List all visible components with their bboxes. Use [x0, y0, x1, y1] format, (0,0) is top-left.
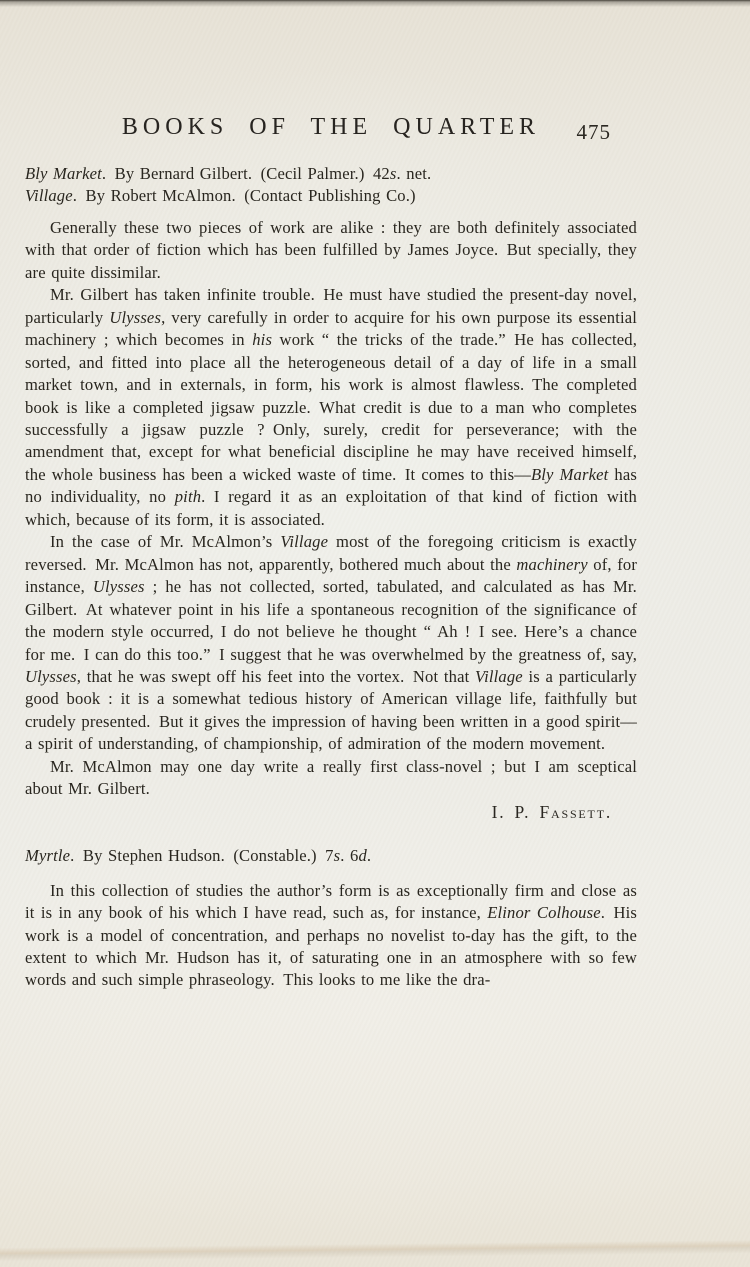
book-entry-myrtle: Myrtle. By Stephen Hudson. (Constable.) …: [25, 845, 637, 867]
section-title: BOOKS OF THE QUARTER: [25, 114, 637, 141]
review-1-paragraph-1: Generally these two pieces of work are a…: [25, 217, 637, 284]
review-1-book-entries: Bly Market. By Bernard Gilbert. (Cecil P…: [25, 163, 637, 208]
review-1-paragraph-4: Mr. McAlmon may one day write a really f…: [25, 756, 637, 801]
book-entry-village: Village. By Robert McAlmon. (Contact Pub…: [25, 185, 637, 207]
page-header: BOOKS OF THE QUARTER 475: [25, 114, 637, 146]
review-1-paragraph-2: Mr. Gilbert has taken infinite trouble. …: [25, 284, 637, 531]
review-1-paragraph-3: In the case of Mr. McAlmon’s Village mos…: [25, 531, 637, 756]
review-2-paragraph-1: In this collection of studies the author…: [25, 880, 637, 992]
page-content: BOOKS OF THE QUARTER 475 Bly Market. By …: [25, 0, 637, 992]
page-bottom-fold-shadow: [0, 1232, 750, 1266]
reviewer-signature: I. P. Fassett.: [25, 801, 637, 823]
book-entry-bly-market: Bly Market. By Bernard Gilbert. (Cecil P…: [25, 163, 637, 185]
scanned-book-page: BOOKS OF THE QUARTER 475 Bly Market. By …: [0, 0, 750, 1267]
page-number: 475: [577, 120, 612, 145]
